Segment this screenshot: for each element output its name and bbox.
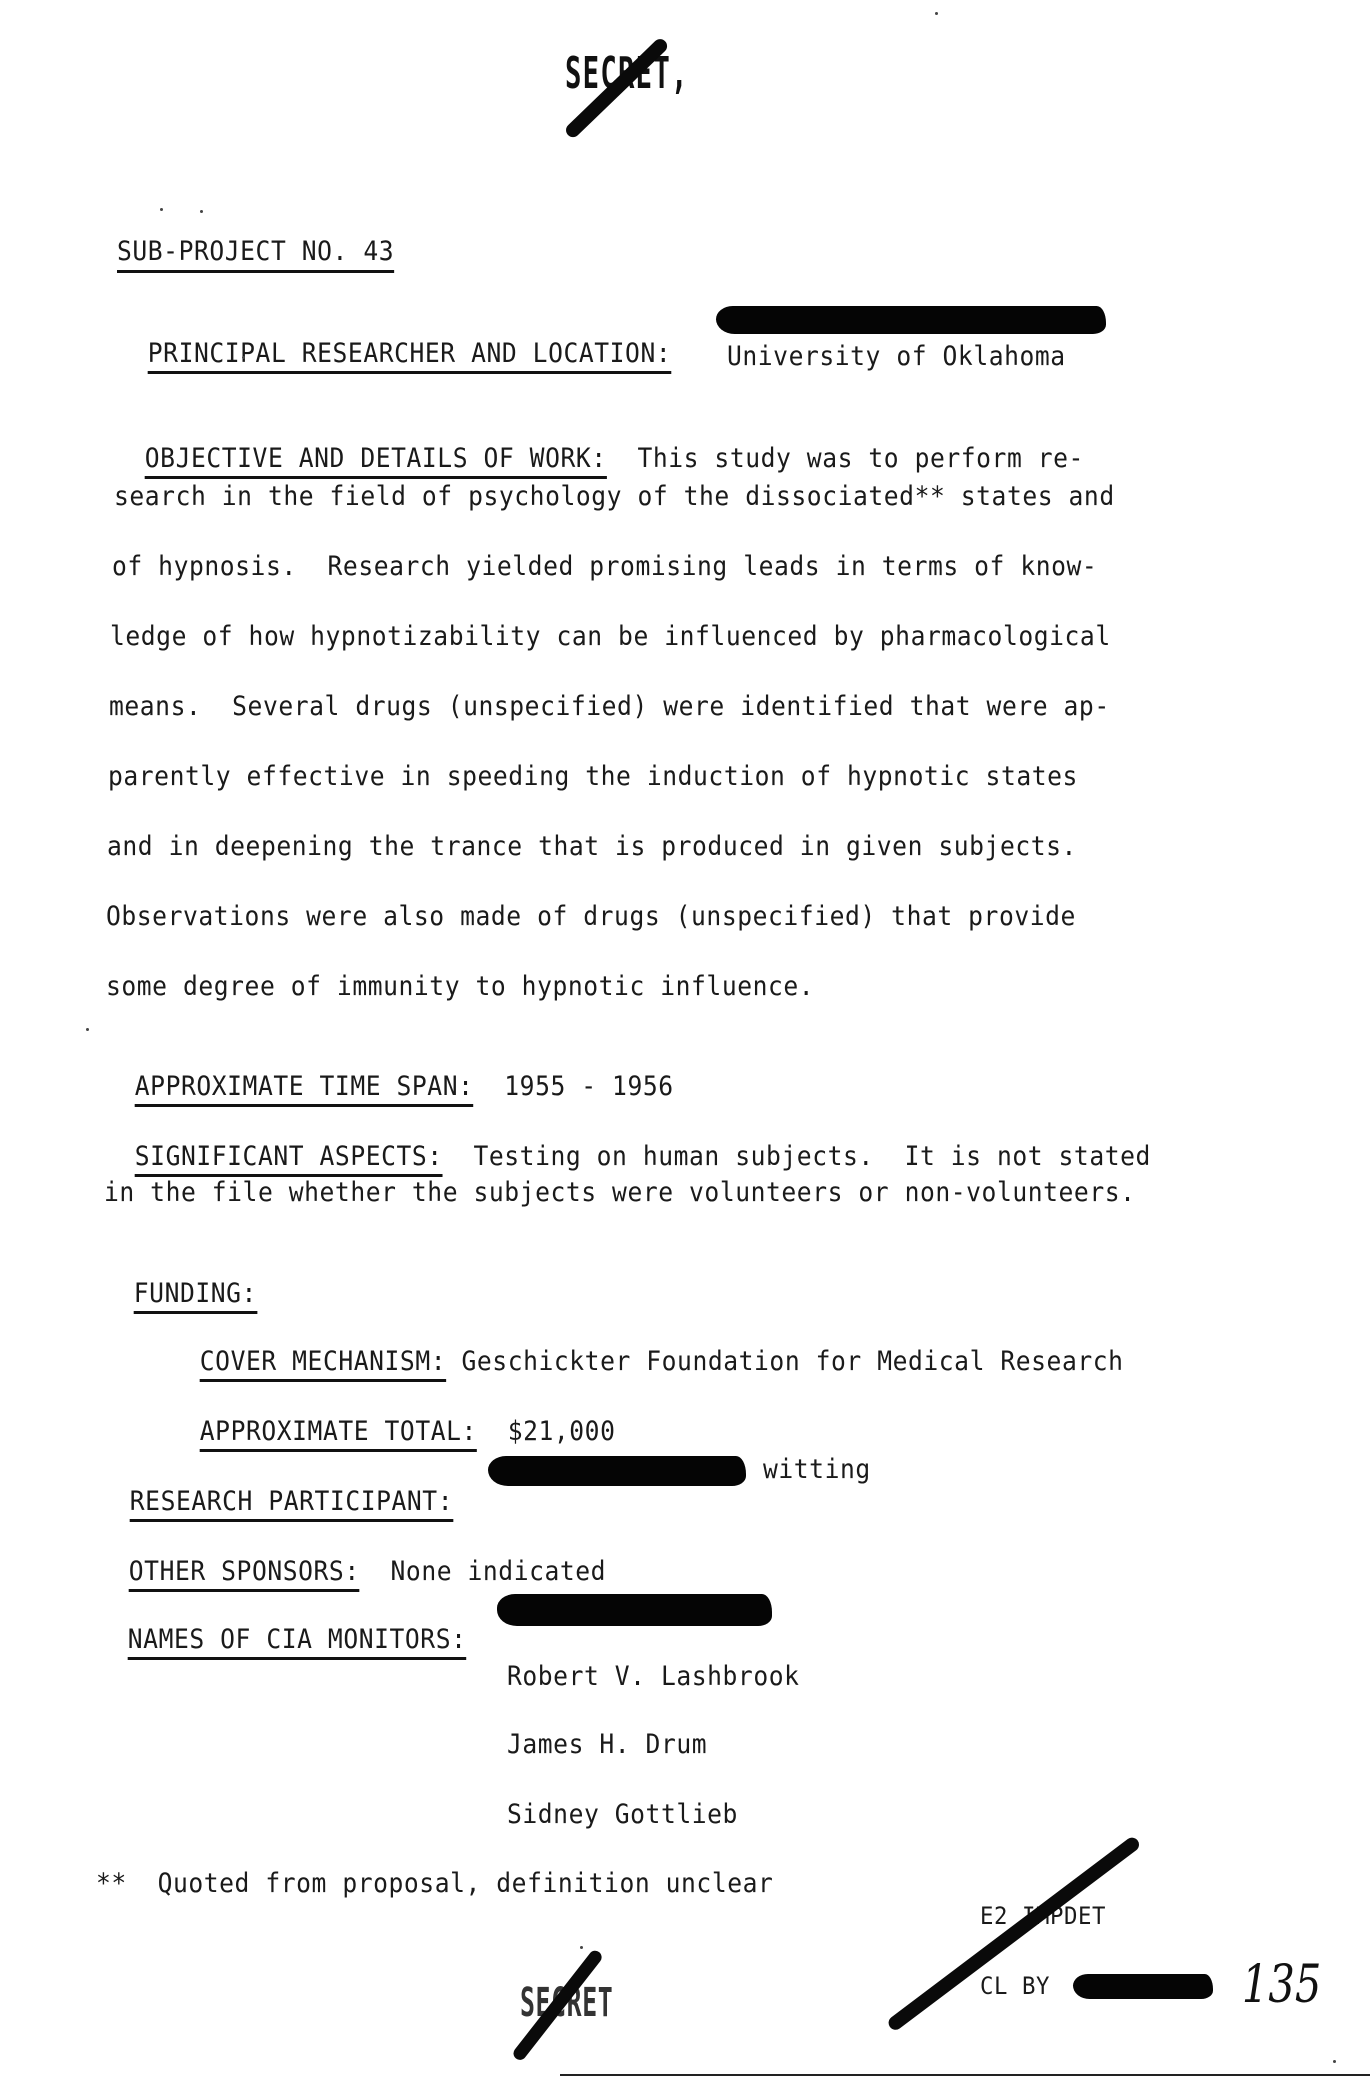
scan-speck [935, 12, 938, 15]
objective-line: and in deepening the trance that is prod… [107, 831, 1077, 863]
time-span-label: APPROXIMATE TIME SPAN: [135, 1071, 474, 1107]
other-sponsors-row: OTHER SPONSORS: None indicated [98, 1524, 606, 1588]
objective-line: means. Several drugs (unspecified) were … [109, 691, 1110, 723]
principal-row: PRINCIPAL RESEARCHER AND LOCATION: [117, 306, 671, 370]
funding-label: FUNDING: [134, 1278, 257, 1314]
significant-label: SIGNIFICANT ASPECTS: [135, 1141, 443, 1177]
participant-label: RESEARCH PARTICIPANT: [130, 1486, 453, 1522]
objective-label: OBJECTIVE AND DETAILS OF WORK: [145, 443, 607, 479]
approx-total-label: APPROXIMATE TOTAL: [200, 1416, 477, 1452]
objective-row: OBJECTIVE AND DETAILS OF WORK: This stud… [114, 411, 1084, 475]
monitors-label: NAMES OF CIA MONITORS: [128, 1624, 467, 1660]
significant-first-line: Testing on human subjects. It is not sta… [443, 1141, 1151, 1172]
objective-line: of hypnosis. Research yielded promising … [112, 551, 1097, 583]
principal-label: PRINCIPAL RESEARCHER AND LOCATION: [148, 338, 671, 374]
page-number: 135 [1242, 1955, 1321, 2015]
scan-speck [580, 1946, 583, 1949]
monitor-name: James H. Drum [507, 1729, 707, 1761]
bottom-rule [560, 2074, 1370, 2076]
objective-line: parently effective in speeding the induc… [108, 761, 1078, 793]
cover-mechanism-row: COVER MECHANISM: Geschickter Foundation … [169, 1314, 1124, 1378]
other-sponsors-label: OTHER SPONSORS: [129, 1556, 360, 1592]
approx-total-row: APPROXIMATE TOTAL: $21,000 [169, 1384, 615, 1448]
scan-speck [242, 356, 245, 359]
monitors-row: NAMES OF CIA MONITORS: [97, 1592, 467, 1656]
time-span-value: 1955 - 1956 [474, 1071, 674, 1102]
participant-status: witting [763, 1454, 871, 1486]
classified-by-redaction [1073, 1974, 1213, 1999]
objective-line: some degree of immunity to hypnotic infl… [106, 971, 814, 1003]
cover-mechanism-label: COVER MECHANISM: [200, 1346, 446, 1382]
scan-speck [86, 1028, 89, 1031]
approx-total-value: $21,000 [477, 1416, 616, 1447]
principal-redaction [716, 306, 1106, 334]
other-sponsors-value: None indicated [360, 1556, 606, 1587]
significant-second-line: in the file whether the subjects were vo… [104, 1177, 1136, 1209]
objective-line: Observations were also made of drugs (un… [106, 901, 1076, 933]
scan-speck [200, 210, 203, 213]
classified-by-label: CL BY [980, 1970, 1050, 2002]
monitors-redaction [497, 1594, 772, 1626]
cover-mechanism-value: Geschickter Foundation for Medical Resea… [446, 1346, 1123, 1377]
principal-location: University of Oklahoma [727, 341, 1066, 373]
scan-speck [160, 208, 163, 211]
participant-row: RESEARCH PARTICIPANT: [99, 1454, 453, 1518]
monitor-name: Sidney Gottlieb [507, 1799, 738, 1831]
sub-project-title: SUB-PROJECT NO. 43 [117, 236, 394, 273]
objective-line: search in the field of psychology of the… [114, 481, 1115, 513]
scan-speck [1333, 2060, 1336, 2063]
funding-row: FUNDING: [103, 1246, 257, 1310]
participant-redaction [488, 1456, 746, 1486]
strike-mark-bottom-right [886, 1835, 1142, 2033]
monitor-name: Robert V. Lashbrook [507, 1661, 800, 1693]
significant-row: SIGNIFICANT ASPECTS: Testing on human su… [104, 1109, 1151, 1173]
objective-line: ledge of how hypnotizability can be infl… [110, 621, 1111, 653]
time-span-row: APPROXIMATE TIME SPAN: 1955 - 1956 [104, 1039, 674, 1103]
objective-first-line: This study was to perform re- [607, 443, 1084, 474]
footnote: ** Quoted from proposal, definition uncl… [96, 1868, 773, 1900]
